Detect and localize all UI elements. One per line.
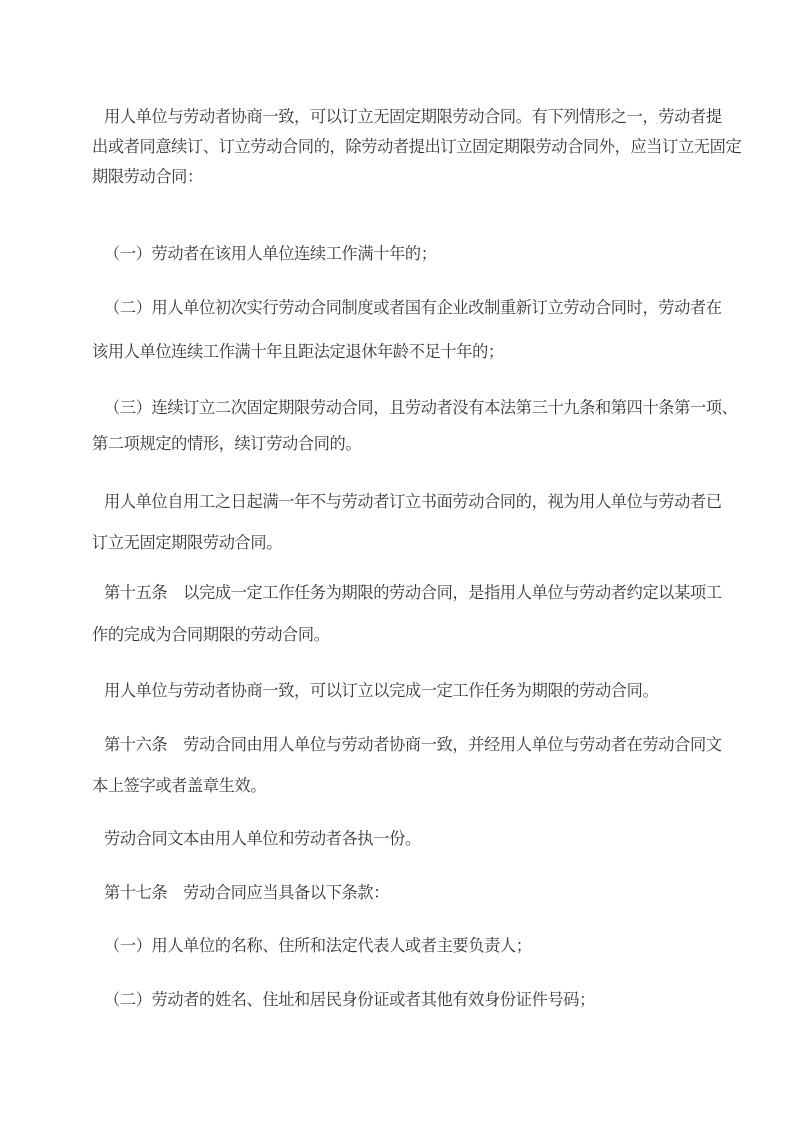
- text-line: 第二项规定的情形，续订劳动合同的。: [92, 434, 361, 454]
- text-line: 期限劳动合同：: [92, 167, 203, 187]
- article-17-line: 第十七条 劳动合同应当具备以下条款：: [104, 883, 389, 903]
- text-line: （二）劳动者的姓名、住址和居民身份证或者其他有效身份证件号码；: [104, 990, 595, 1010]
- text-line: 用人单位与劳动者协商一致，可以订立以完成一定工作任务为期限的劳动合同。: [104, 681, 658, 701]
- article-16-line: 第十六条 劳动合同由用人单位与劳动者协商一致，并经用人单位与劳动者在劳动合同文: [104, 735, 722, 755]
- document-page: 用人单位与劳动者协商一致，可以订立无固定期限劳动合同。有下列情形之一，劳动者提 …: [0, 0, 793, 1122]
- text-line: 订立无固定期限劳动合同。: [92, 533, 282, 553]
- text-line: 出或者同意续订、订立劳动合同的，除劳动者提出订立固定期限劳动合同外，应当订立无固…: [92, 137, 741, 157]
- text-line: 用人单位自用工之日起满一年不与劳动者订立书面劳动合同的，视为用人单位与劳动者已: [104, 492, 722, 512]
- text-line: 本上签字或者盖章生效。: [92, 776, 266, 796]
- text-line: 该用人单位连续工作满十年且距法定退休年龄不足十年的；: [92, 342, 504, 362]
- text-line: （一）劳动者在该用人单位连续工作满十年的；: [104, 244, 437, 264]
- text-line: （二）用人单位初次实行劳动合同制度或者国有企业改制重新订立劳动合同时，劳动者在: [104, 298, 722, 318]
- text-line: 劳动合同文本由用人单位和劳动者各执一份。: [104, 829, 421, 849]
- text-line: （一）用人单位的名称、住所和法定代表人或者主要负责人；: [104, 936, 532, 956]
- text-line: （三）连续订立二次固定期限劳动合同，且劳动者没有本法第三十九条和第四十条第一项、: [104, 398, 738, 418]
- text-line: 作的完成为合同期限的劳动合同。: [92, 625, 330, 645]
- article-15-line: 第十五条 以完成一定工作任务为期限的劳动合同，是指用人单位与劳动者约定以某项工: [104, 583, 722, 603]
- text-line: 用人单位与劳动者协商一致，可以订立无固定期限劳动合同。有下列情形之一，劳动者提: [104, 107, 722, 127]
